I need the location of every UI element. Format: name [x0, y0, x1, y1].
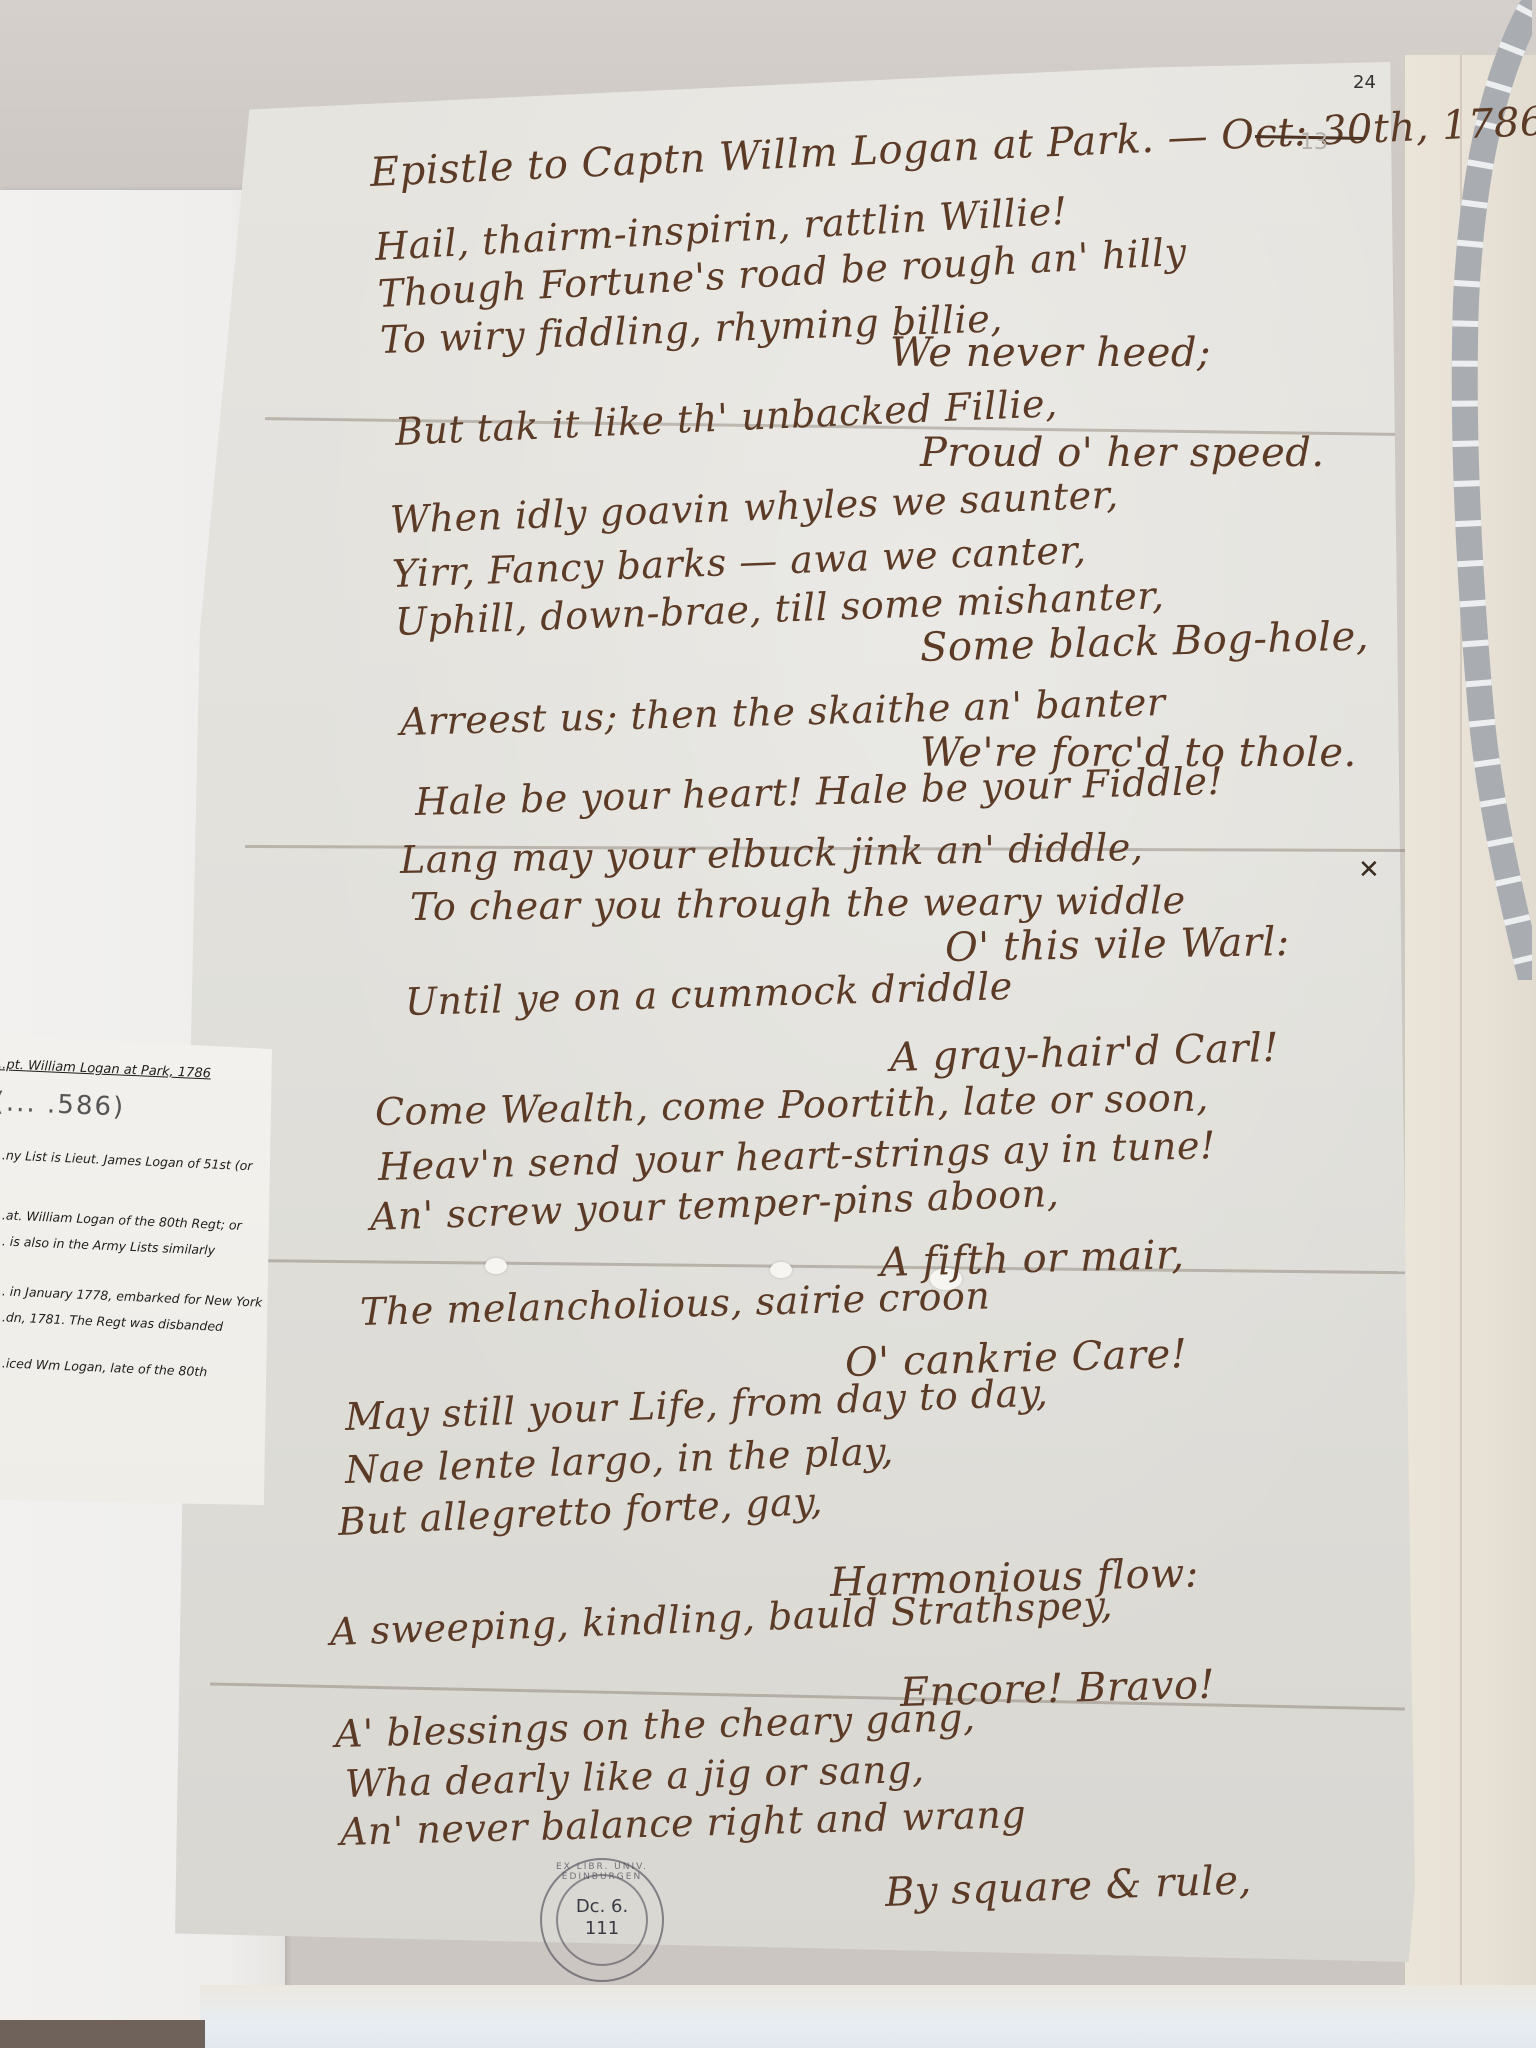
shelfmark-line-2: 111 — [542, 1918, 662, 1940]
shelfmark-line-1: Dc. 6. — [542, 1896, 662, 1918]
note-line: ... in January 1778, embarked for New Yo… — [0, 1283, 263, 1310]
stamp-shelfmark: Dc. 6. 111 — [542, 1896, 662, 1940]
table-surface — [0, 2020, 205, 2048]
note-line: ... is also in the Army Lists similarly — [0, 1233, 215, 1258]
pencil-number: 13 — [1300, 130, 1328, 155]
verse-line: To chear you through the weary widdle — [410, 878, 1186, 929]
note-line: ...ny List is Lieut. James Logan of 51st… — [0, 1147, 253, 1173]
margin-cross-mark: ✕ — [1358, 855, 1380, 885]
note-line: ...at. William Logan of the 80th Regt; o… — [0, 1207, 242, 1233]
folio-number: 24 — [1353, 72, 1376, 93]
verse-line: O' this vile Warl: — [945, 919, 1291, 971]
note-line: ...iced Wm Logan, late of the 80th — [0, 1355, 208, 1379]
archival-note-slip: ...pt. William Logan at Park, 1786 (... … — [0, 1035, 272, 1505]
verse-line: We never heed; — [890, 330, 1211, 376]
note-line: ...dn, 1781. The Regt was disbanded — [0, 1309, 223, 1334]
pin-hole — [485, 1258, 507, 1274]
library-stamp: EX LIBR. UNIV. EDINBURGEN Dc. 6. 111 — [540, 1858, 664, 1982]
note-heading: ...pt. William Logan at Park, 1786 — [0, 1057, 211, 1081]
note-reference: (... .586) — [0, 1087, 126, 1123]
album-bottom-strip — [200, 1985, 1536, 2048]
pin-hole — [770, 1262, 792, 1278]
verse-line: Proud o' her speed. — [920, 430, 1325, 476]
